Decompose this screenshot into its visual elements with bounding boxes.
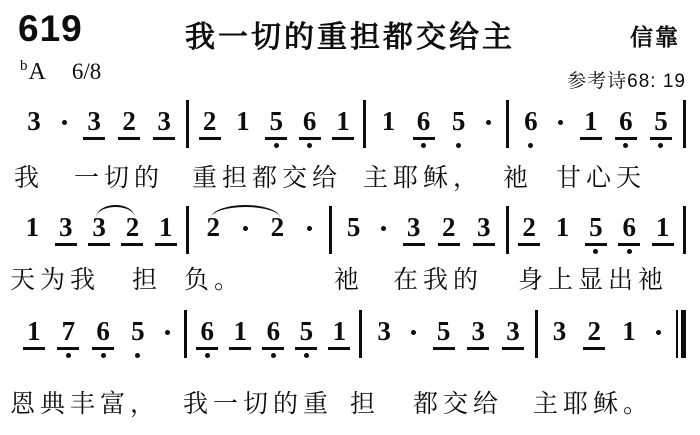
- note: 3: [151, 107, 177, 148]
- eighth-underline: [585, 243, 607, 246]
- eighth-underline: [328, 347, 350, 350]
- note-digit: 3: [87, 107, 101, 135]
- eighth-underline: [57, 347, 79, 350]
- eighth-underline: [433, 347, 455, 350]
- note: 5: [446, 107, 472, 148]
- hymn-category: 信靠: [630, 19, 680, 52]
- hymn-title: 我一切的重担都交给主: [0, 12, 700, 56]
- lyric-segment: 我一切的重: [183, 384, 333, 420]
- measure: 3323: [12, 107, 186, 148]
- eighth-underline: [299, 137, 321, 140]
- lyric-segment: 重担都交给: [192, 158, 342, 194]
- note-digit: 5: [270, 107, 284, 135]
- dot-glyph: [411, 330, 416, 335]
- lyric-segment: 担: [132, 260, 162, 296]
- note: 1: [230, 107, 256, 148]
- note-digit: 1: [234, 317, 248, 345]
- note: 5: [341, 213, 367, 254]
- low-octave-dot: [271, 353, 276, 358]
- low-octave-dot: [274, 143, 279, 148]
- measure: 61651: [187, 317, 359, 358]
- eighth-underline: [295, 347, 317, 350]
- dot-glyph: [165, 330, 170, 335]
- measure: 13321: [12, 213, 186, 254]
- note: 1: [650, 213, 676, 254]
- eighth-underline: [265, 137, 287, 140]
- note: 2: [516, 213, 542, 254]
- lyric-segment: 恩典丰富，: [10, 384, 160, 420]
- note-digit: 2: [203, 107, 217, 135]
- duration-dot: [301, 213, 317, 231]
- note: 1: [330, 107, 356, 148]
- note: 3: [465, 317, 491, 358]
- note-digit: 6: [267, 317, 281, 345]
- lyrics-row: 恩典丰富，我一切的重担都交给主耶稣。: [0, 384, 700, 418]
- note-digit: 1: [26, 213, 40, 241]
- note: 5: [648, 107, 674, 148]
- note: 6: [194, 317, 220, 358]
- note: 6: [90, 317, 116, 358]
- eighth-underline: [438, 243, 460, 246]
- dot-glyph: [558, 120, 563, 125]
- duration-dot: [481, 107, 497, 125]
- measure: 21561: [189, 107, 363, 148]
- note-digit: 1: [159, 213, 173, 241]
- eighth-underline: [580, 137, 602, 140]
- note: 1: [616, 317, 642, 358]
- low-octave-dot: [101, 353, 106, 358]
- barline-thin: [676, 310, 679, 358]
- note-digit: 5: [654, 107, 668, 135]
- duration-dot: [160, 317, 176, 335]
- low-octave-dot: [623, 143, 628, 148]
- note-digit: 3: [27, 107, 41, 135]
- note-digit: 1: [333, 317, 347, 345]
- note: 3: [371, 317, 397, 358]
- note-digit: 2: [442, 213, 456, 241]
- duration-dot: [406, 317, 422, 335]
- lyric-segment: 担: [350, 384, 380, 420]
- hymn-sheet-page: 619 我一切的重担都交给主 信靠 bA6/8 参考诗68: 19 332321…: [0, 0, 700, 435]
- note: 1: [550, 213, 576, 254]
- eighth-underline: [467, 347, 489, 350]
- notes-row: 1765616513533321: [12, 317, 686, 365]
- note-digit: 3: [506, 317, 520, 345]
- note-digit: 5: [589, 213, 603, 241]
- low-octave-dot: [205, 353, 210, 358]
- time-signature: 6/8: [72, 59, 101, 84]
- note-digit: 1: [656, 213, 670, 241]
- note-digit: 7: [62, 317, 76, 345]
- note-digit: 6: [303, 107, 317, 135]
- lyric-segment: 主耶稣，: [363, 158, 483, 194]
- note-digit: 3: [157, 107, 171, 135]
- low-octave-dot: [135, 353, 140, 358]
- eighth-underline: [262, 347, 284, 350]
- eighth-underline: [652, 243, 674, 246]
- note-digit: 1: [236, 107, 250, 135]
- note: 1: [227, 317, 253, 358]
- eighth-underline: [23, 347, 45, 350]
- notes-row: 1332122532321561: [12, 213, 686, 261]
- barline: [683, 100, 686, 148]
- note: 7: [55, 317, 81, 358]
- note-digit: 1: [556, 213, 570, 241]
- note-digit: 6: [201, 317, 215, 345]
- dot-glyph: [62, 120, 67, 125]
- note: 5: [263, 107, 289, 148]
- eighth-underline: [199, 137, 221, 140]
- note-digit: 3: [377, 317, 391, 345]
- note: 3: [546, 317, 572, 358]
- lyric-segment: 都交给: [413, 384, 503, 420]
- eighth-underline: [502, 347, 524, 350]
- lyric-segment: 祂: [503, 158, 533, 194]
- note-digit: 6: [524, 107, 538, 135]
- note-digit: 5: [300, 317, 314, 345]
- measure: 165: [366, 107, 505, 148]
- low-octave-dot: [307, 143, 312, 148]
- note: 6: [616, 213, 642, 254]
- low-octave-dot: [593, 249, 598, 254]
- lyric-segment: 主耶稣。: [533, 384, 653, 420]
- note: 1: [19, 213, 45, 254]
- eighth-underline: [618, 243, 640, 246]
- dot-glyph: [381, 226, 386, 231]
- note: 2: [581, 317, 607, 358]
- note-digit: 6: [622, 213, 636, 241]
- measure: 21561: [509, 213, 683, 254]
- note: 3: [21, 107, 47, 148]
- lyric-segment: 负。: [184, 260, 244, 296]
- eighth-underline: [413, 137, 435, 140]
- dot-glyph: [656, 330, 661, 335]
- low-octave-dot: [658, 143, 663, 148]
- note-digit: 2: [122, 107, 136, 135]
- note: 5: [431, 317, 457, 358]
- eighth-underline: [155, 243, 177, 246]
- note: 6: [518, 107, 544, 148]
- note-digit: 3: [553, 317, 567, 345]
- duration-dot: [376, 213, 392, 231]
- note: 3: [401, 213, 427, 254]
- measure: 1765: [12, 317, 184, 358]
- note: 3: [500, 317, 526, 358]
- dot-glyph: [307, 226, 312, 231]
- measure: 22: [189, 213, 328, 254]
- measure: 6165: [509, 107, 683, 148]
- note: 2: [116, 107, 142, 148]
- flat-sign: b: [20, 58, 28, 74]
- note-digit: 1: [382, 107, 396, 135]
- note: 6: [297, 107, 323, 148]
- eighth-underline: [518, 243, 540, 246]
- eighth-underline: [121, 243, 143, 246]
- eighth-underline: [473, 243, 495, 246]
- note: 1: [375, 107, 401, 148]
- eighth-underline: [196, 347, 218, 350]
- low-octave-dot: [66, 353, 71, 358]
- lyric-segment: 一切的: [74, 158, 164, 194]
- low-octave-dot: [421, 143, 426, 148]
- eighth-underline: [92, 347, 114, 350]
- note: 2: [197, 107, 223, 148]
- eighth-underline: [118, 137, 140, 140]
- notes-row: 3323215611656165: [12, 107, 686, 155]
- note: 3: [471, 213, 497, 254]
- note: 2: [200, 213, 226, 254]
- scripture-reference: 参考诗68: 19: [567, 66, 686, 93]
- note: 1: [326, 317, 352, 358]
- dot-glyph: [243, 226, 248, 231]
- low-octave-dot: [528, 143, 533, 148]
- eighth-underline: [615, 137, 637, 140]
- slur-arc: [96, 205, 134, 218]
- note: 3: [81, 107, 107, 148]
- dot-glyph: [486, 120, 491, 125]
- note-digit: 1: [336, 107, 350, 135]
- lyric-segment: 在我的: [393, 260, 483, 296]
- eighth-underline: [332, 137, 354, 140]
- eighth-underline: [229, 347, 251, 350]
- lyrics-row: 我一切的重担都交给主耶稣，祂甘心天: [0, 158, 700, 192]
- note: 3: [53, 213, 79, 254]
- note-digit: 3: [407, 213, 421, 241]
- duration-dot: [553, 107, 569, 125]
- lyrics-row: 天为我担负。祂在我的身上显出祂: [0, 260, 700, 294]
- note-digit: 2: [522, 213, 536, 241]
- lyric-segment: 身上显出祂: [518, 260, 668, 296]
- note-digit: 1: [584, 107, 598, 135]
- note: 5: [583, 213, 609, 254]
- note-digit: 5: [437, 317, 451, 345]
- note-digit: 1: [622, 317, 636, 345]
- eighth-underline: [403, 243, 425, 246]
- eighth-underline: [88, 243, 110, 246]
- note-digit: 1: [27, 317, 41, 345]
- note: 5: [293, 317, 319, 358]
- note: 3: [86, 213, 112, 254]
- low-octave-dot: [304, 353, 309, 358]
- note: 6: [260, 317, 286, 358]
- barline-thick: [681, 310, 686, 358]
- lyric-segment: 甘心天: [556, 158, 646, 194]
- barline: [683, 206, 686, 254]
- note-digit: 6: [417, 107, 431, 135]
- note: 1: [153, 213, 179, 254]
- note: 6: [613, 107, 639, 148]
- note-digit: 5: [131, 317, 145, 345]
- eighth-underline: [583, 347, 605, 350]
- low-octave-dot: [456, 143, 461, 148]
- note-digit: 3: [477, 213, 491, 241]
- eighth-underline: [650, 137, 672, 140]
- eighth-underline: [153, 137, 175, 140]
- note-digit: 3: [472, 317, 486, 345]
- note: 1: [578, 107, 604, 148]
- note-digit: 6: [619, 107, 633, 135]
- note: 1: [21, 317, 47, 358]
- note-digit: 5: [452, 107, 466, 135]
- lyric-segment: 天为我: [10, 260, 100, 296]
- note: 2: [264, 213, 290, 254]
- eighth-underline: [55, 243, 77, 246]
- measure: 5323: [332, 213, 506, 254]
- note: 6: [411, 107, 437, 148]
- low-octave-dot: [627, 249, 632, 254]
- measure: 3533: [362, 317, 534, 358]
- key-signature: bA6/8: [20, 58, 101, 86]
- eighth-underline: [83, 137, 105, 140]
- note-digit: 5: [347, 213, 361, 241]
- lyric-segment: 祂: [334, 260, 364, 296]
- slur-arc: [211, 205, 280, 218]
- duration-dot: [651, 317, 667, 335]
- note: 5: [125, 317, 151, 358]
- note-digit: 2: [587, 317, 601, 345]
- key-letter: A: [29, 59, 46, 85]
- measure: 321: [538, 317, 676, 358]
- note: 2: [436, 213, 462, 254]
- duration-dot: [56, 107, 72, 125]
- lyric-segment: 我: [14, 158, 44, 194]
- note-digit: 3: [59, 213, 73, 241]
- note: 2: [119, 213, 145, 254]
- final-barline: [676, 310, 687, 358]
- note-digit: 6: [96, 317, 110, 345]
